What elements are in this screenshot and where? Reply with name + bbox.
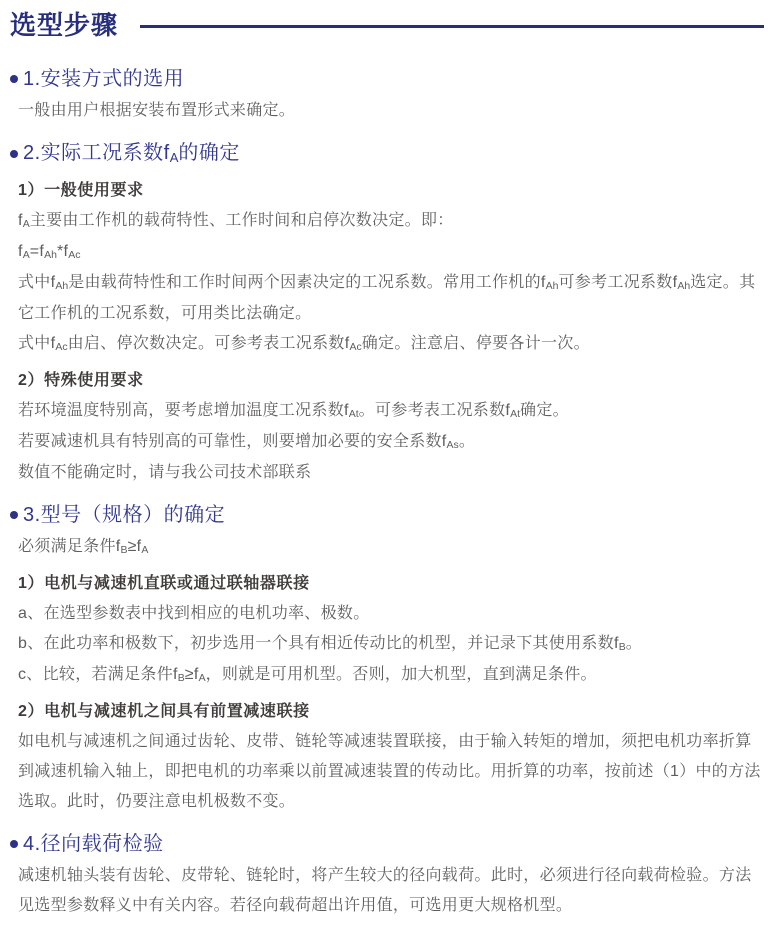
text-run: 2）特殊使用要求 — [18, 372, 144, 389]
paragraph: fA主要由工作机的载荷特性、工作时间和启停次数决定。即： — [18, 206, 766, 237]
text-run: 式中f — [18, 335, 55, 352]
subscript-text: Ac — [68, 249, 80, 261]
section-service-factor: 2.实际工况系数fA的确定1）一般使用要求fA主要由工作机的载荷特性、工作时间和… — [10, 138, 766, 488]
text-run: 如电机与减速机之间通过齿轮、皮带、链轮等减速装置联接，由于输入转矩的增加，须把电… — [18, 733, 761, 810]
text-run: 减速机轴头装有齿轮、皮带轮、链轮时，将产生较大的径向载荷。此时，必须进行径向载荷… — [18, 867, 752, 914]
text-run: c、比较，若满足条件f — [18, 666, 178, 683]
sub-heading: 1）一般使用要求 — [18, 176, 766, 206]
section-radial-load-check: 4.径向载荷检验减速机轴头装有齿轮、皮带轮、链轮时，将产生较大的径向载荷。此时，… — [10, 829, 766, 921]
text-run: 2.实际工况系数f — [23, 142, 170, 164]
text-run: 是由载荷特性和工作时间两个因素决定的工况系数。常用工作机的f — [68, 274, 545, 291]
paragraph: a、在选型参数表中找到相应的电机功率、极数。 — [18, 599, 766, 629]
sub-heading: 2）特殊使用要求 — [18, 366, 766, 396]
paragraph: 式中fAc由启、停次数决定。可参考表工况系数fAc确定。注意启、停要各计一次。 — [18, 329, 766, 360]
text-run: 一般由用户根据安装布置形式来确定。 — [18, 102, 295, 119]
section-model-selection: 3.型号（规格）的确定必须满足条件fB≥fA1）电机与减速机直联或通过联轴器联接… — [10, 500, 766, 817]
subscript-text: A — [23, 218, 30, 230]
text-run: 1.安装方式的选用 — [23, 68, 184, 90]
text-run: 确定。注意启、停要各计一次。 — [362, 335, 590, 352]
sub-heading: 2）电机与减速机之间具有前置减速联接 — [18, 697, 766, 727]
section-blocks: 减速机轴头装有齿轮、皮带轮、链轮时，将产生较大的径向载荷。此时，必须进行径向载荷… — [10, 861, 766, 921]
subscript-text: Ac — [349, 341, 361, 353]
subscript-text: A — [141, 544, 148, 556]
paragraph: b、在此功率和极数下，初步选用一个具有相近传动比的机型，并记录下其使用系数fB。 — [18, 629, 766, 660]
section-heading-service-factor: 2.实际工况系数fA的确定 — [10, 138, 766, 170]
text-run: 2）电机与减速机之间具有前置减速联接 — [18, 703, 310, 720]
paragraph: 必须满足条件fB≥fA — [18, 532, 766, 563]
paragraph: 若要减速机具有特别高的可靠性，则要增加必要的安全系数fAs。 — [18, 427, 766, 458]
text-run: b、在此功率和极数下，初步选用一个具有相近传动比的机型，并记录下其使用系数f — [18, 635, 619, 652]
text-run: 必须满足条件f — [18, 538, 121, 555]
text-run: 主要由工作机的载荷特性、工作时间和启停次数决定。即： — [30, 212, 454, 229]
bullet-icon — [10, 150, 18, 158]
subscript-text: A — [23, 249, 30, 261]
subscript-text: Ah — [55, 280, 68, 292]
subscript-text: B — [178, 672, 185, 684]
subscript-text: Ac — [55, 341, 67, 353]
text-run: ≥f — [185, 666, 199, 683]
section-blocks: 必须满足条件fB≥fA1）电机与减速机直联或通过联轴器联接a、在选型参数表中找到… — [10, 532, 766, 817]
section-heading-text: 3.型号（规格）的确定 — [23, 500, 225, 530]
section-blocks: 1）一般使用要求fA主要由工作机的载荷特性、工作时间和启停次数决定。即：fA=f… — [10, 176, 766, 488]
subscript-text: A — [199, 672, 206, 684]
section-heading-installation-method: 1.安装方式的选用 — [10, 64, 766, 94]
subscript-text: At — [510, 408, 520, 420]
page: 选型步骤 1.安装方式的选用一般由用户根据安装布置形式来确定。2.实际工况系数f… — [0, 0, 780, 925]
section-heading-text: 2.实际工况系数fA的确定 — [23, 138, 240, 170]
bullet-icon — [10, 75, 18, 83]
subscript-text: At — [349, 408, 359, 420]
paragraph: fA=fAh*fAc — [18, 237, 766, 268]
text-run: 。可参考表工况系数f — [359, 402, 510, 419]
paragraph: 数值不能确定时，请与我公司技术部联系 — [18, 458, 766, 488]
text-run: 确定。 — [520, 402, 569, 419]
title-rule — [140, 25, 764, 28]
text-run: ≥f — [128, 538, 142, 555]
page-header: 选型步骤 — [10, 8, 766, 42]
text-run: 若要减速机具有特别高的可靠性，则要增加必要的安全系数f — [18, 433, 447, 450]
text-run: 1）电机与减速机直联或通过联轴器联接 — [18, 575, 310, 592]
bullet-icon — [10, 840, 18, 848]
subscript-text: A — [170, 150, 179, 165]
paragraph: 式中fAh是由载荷特性和工作时间两个因素决定的工况系数。常用工作机的fAh可参考… — [18, 268, 766, 329]
section-heading-text: 1.安装方式的选用 — [23, 64, 184, 94]
text-run: 若环境温度特别高，要考虑增加温度工况系数f — [18, 402, 349, 419]
bullet-icon — [10, 511, 18, 519]
paragraph: 一般由用户根据安装布置形式来确定。 — [18, 96, 766, 126]
text-run: 。 — [459, 433, 475, 450]
subscript-text: B — [619, 641, 626, 653]
section-heading-text: 4.径向载荷检验 — [23, 829, 164, 859]
text-run: ，则就是可用机型。否则，加大机型，直到满足条件。 — [206, 666, 597, 683]
section-blocks: 一般由用户根据安装布置形式来确定。 — [10, 96, 766, 126]
paragraph: 若环境温度特别高，要考虑增加温度工况系数fAt。可参考表工况系数fAt确定。 — [18, 396, 766, 427]
subscript-text: Ah — [44, 249, 57, 261]
text-run: a、在选型参数表中找到相应的电机功率、极数。 — [18, 605, 370, 622]
text-run: 可参考工况系数f — [559, 274, 678, 291]
text-run: 3.型号（规格）的确定 — [23, 504, 225, 526]
subscript-text: B — [121, 544, 128, 556]
subscript-text: As — [447, 439, 459, 451]
sub-heading: 1）电机与减速机直联或通过联轴器联接 — [18, 569, 766, 599]
paragraph: c、比较，若满足条件fB≥fA，则就是可用机型。否则，加大机型，直到满足条件。 — [18, 660, 766, 691]
text-run: 的确定 — [178, 142, 240, 164]
text-run: =f — [30, 243, 44, 260]
text-run: *f — [57, 243, 68, 260]
text-run: 由启、停次数决定。可参考表工况系数f — [68, 335, 350, 352]
sections-container: 1.安装方式的选用一般由用户根据安装布置形式来确定。2.实际工况系数fA的确定1… — [10, 64, 766, 921]
section-heading-model-selection: 3.型号（规格）的确定 — [10, 500, 766, 530]
section-installation-method: 1.安装方式的选用一般由用户根据安装布置形式来确定。 — [10, 64, 766, 126]
page-title: 选型步骤 — [10, 8, 118, 42]
section-heading-radial-load-check: 4.径向载荷检验 — [10, 829, 766, 859]
text-run: 4.径向载荷检验 — [23, 833, 164, 855]
paragraph: 减速机轴头装有齿轮、皮带轮、链轮时，将产生较大的径向载荷。此时，必须进行径向载荷… — [18, 861, 766, 921]
text-run: 。 — [626, 635, 642, 652]
subscript-text: Ah — [546, 280, 559, 292]
subscript-text: Ah — [677, 280, 690, 292]
paragraph: 如电机与减速机之间通过齿轮、皮带、链轮等减速装置联接，由于输入转矩的增加，须把电… — [18, 727, 766, 817]
text-run: 式中f — [18, 274, 55, 291]
text-run: 数值不能确定时，请与我公司技术部联系 — [18, 464, 311, 481]
text-run: 1）一般使用要求 — [18, 182, 144, 199]
